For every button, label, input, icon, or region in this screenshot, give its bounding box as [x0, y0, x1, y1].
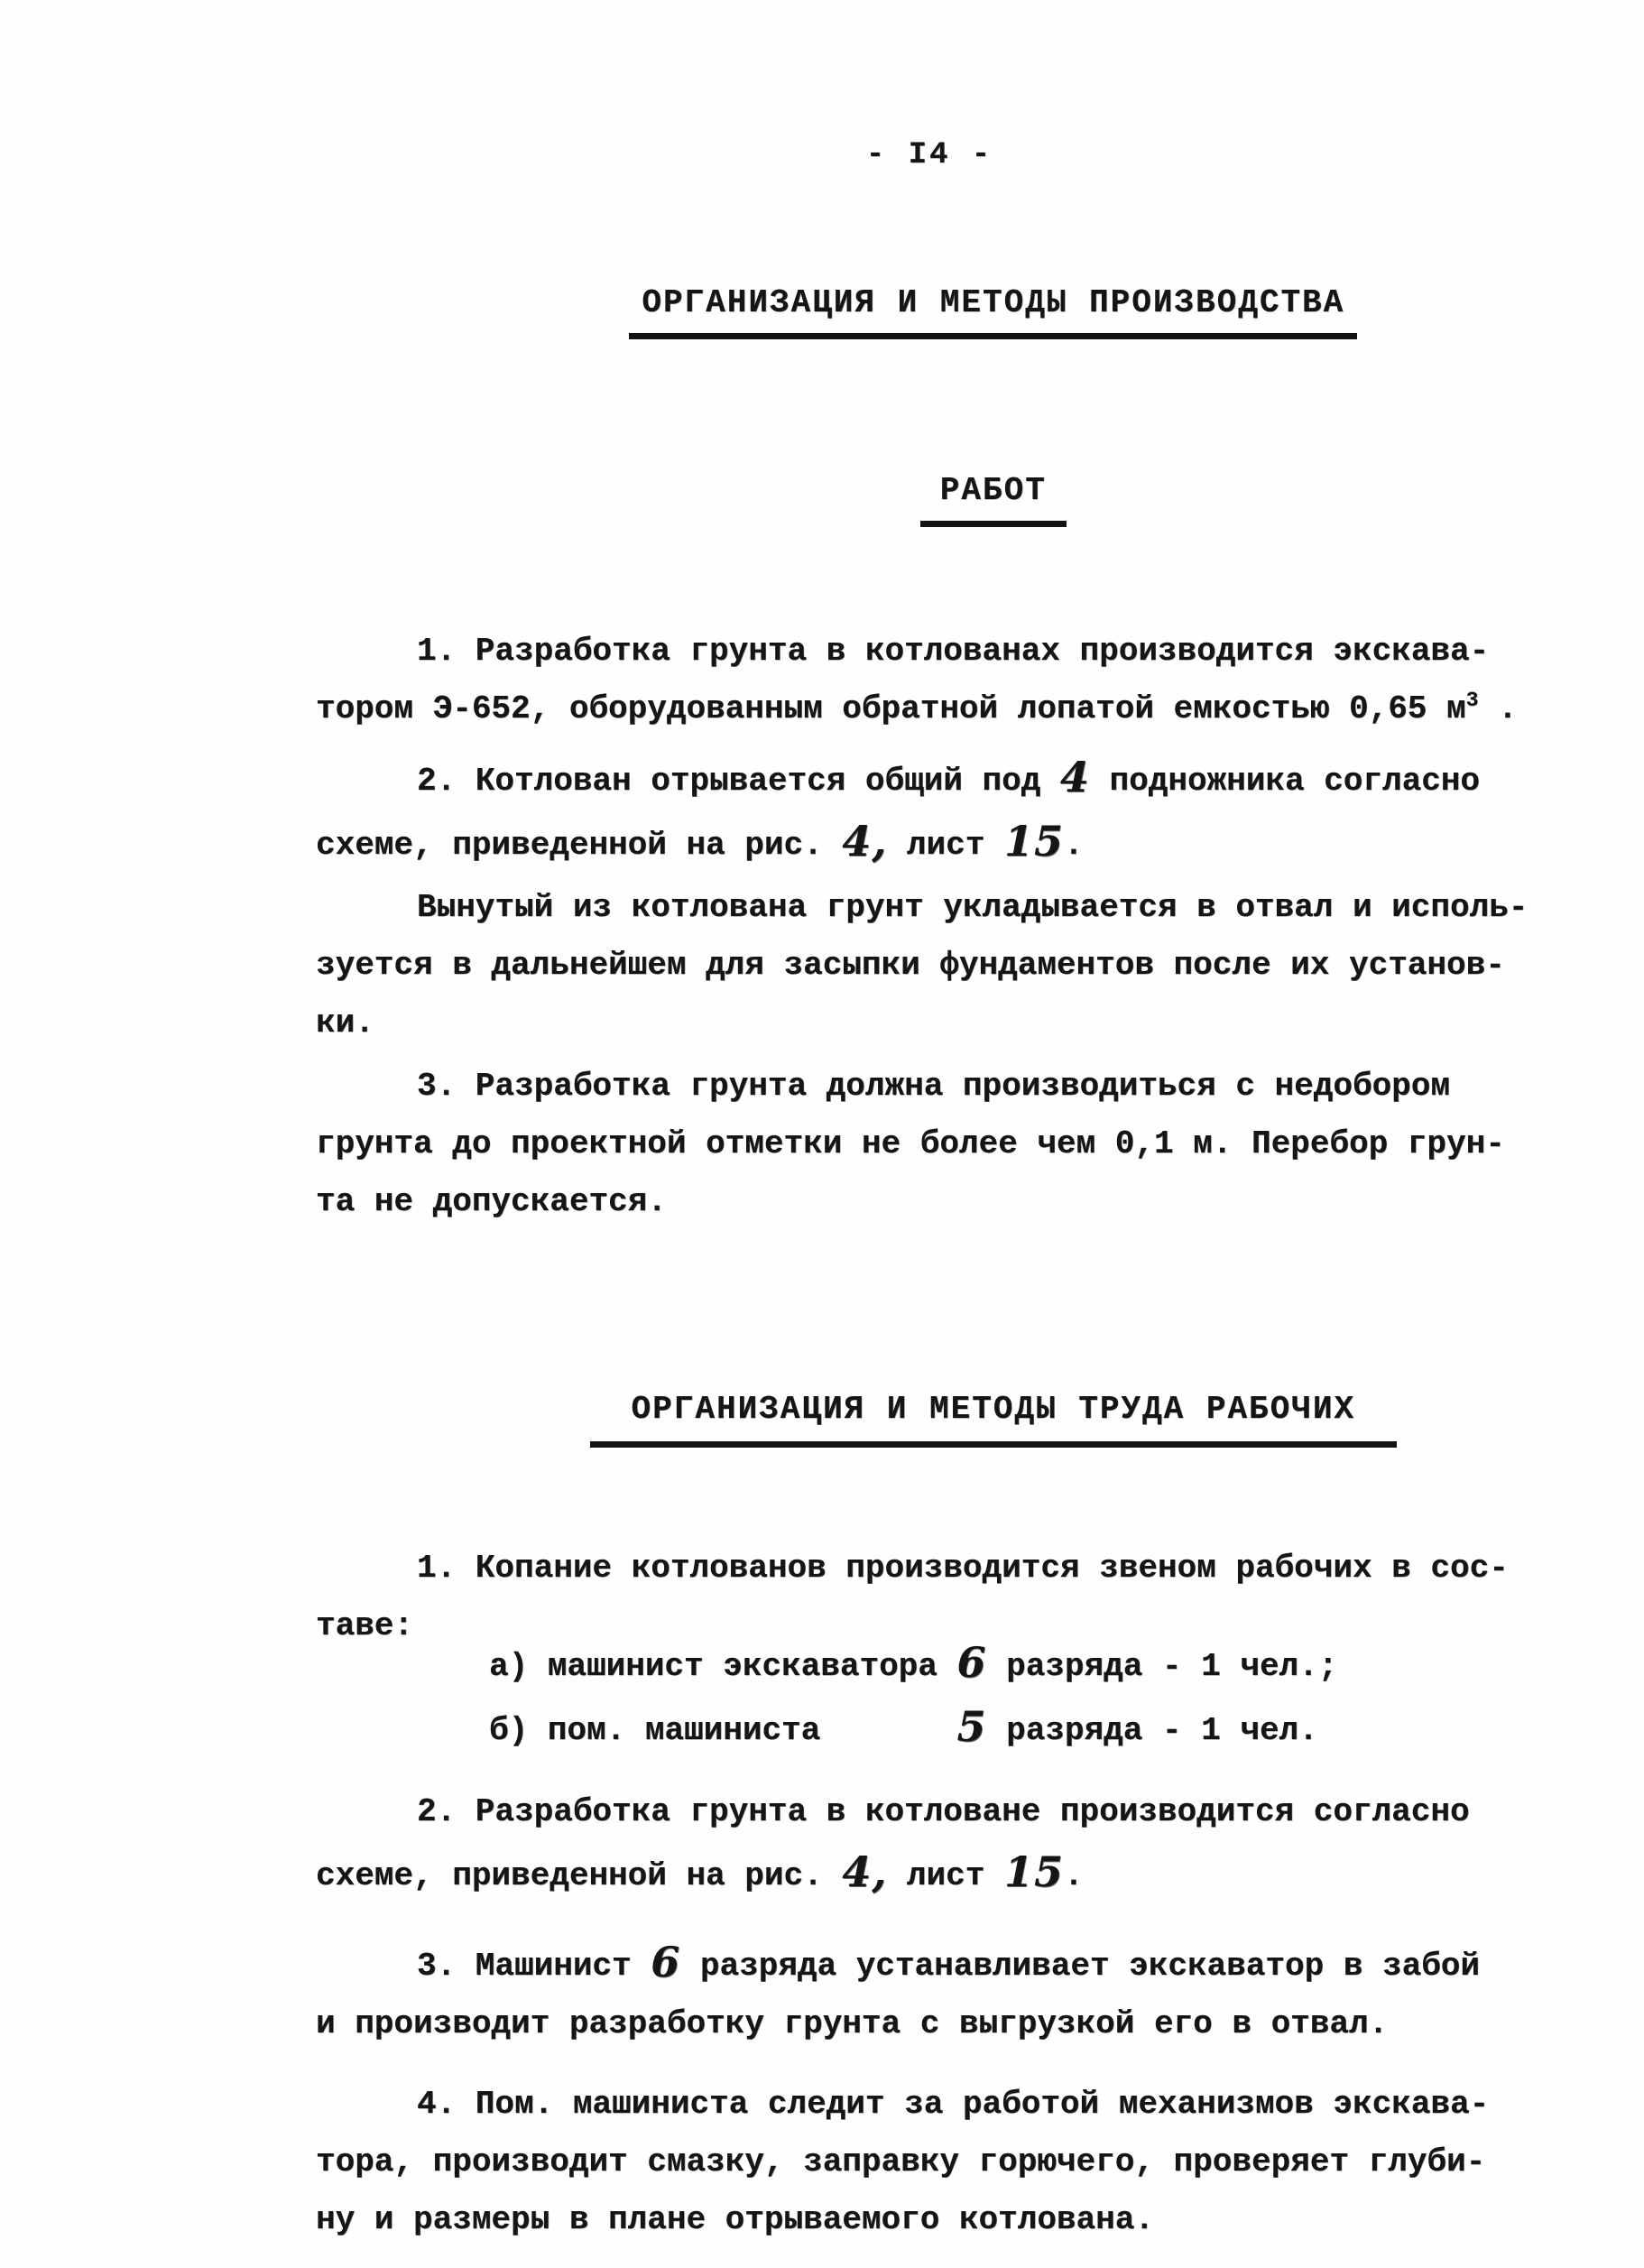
text-line: 3. Разработка грунта должна производитьс… — [316, 1058, 1543, 1115]
handwritten-number: 4, — [842, 817, 887, 866]
text-line: 2. Котлован отрывается общий под 4 подно… — [316, 746, 1543, 810]
handwritten-number: 4, — [842, 1847, 887, 1896]
typed-text: тора, производит смазку, заправку горюче… — [316, 2143, 1485, 2180]
typed-text: лист — [887, 1857, 1004, 1894]
text-line: тора, производит смазку, заправку горюче… — [316, 2134, 1543, 2191]
text-line: 4. Пом. машиниста следит за работой меха… — [316, 2076, 1543, 2134]
text-line: 3. Машинист 6 разряда устанавливает экск… — [316, 1931, 1543, 1995]
typed-text: та не допускается. — [316, 1183, 667, 1220]
paragraph: 4. Пом. машиниста следит за работой меха… — [316, 2076, 1543, 2249]
text-line: ки. — [316, 995, 1543, 1052]
text-line: а) машинист экскаватора 6 разряда - 1 че… — [316, 1632, 1543, 1696]
paragraph: 3. Разработка грунта должна производитьс… — [316, 1058, 1543, 1231]
typed-text: 1. Разработка грунта в котлованах произв… — [417, 633, 1489, 670]
text-line: тором Э-652, оборудованным обратной лопа… — [316, 680, 1543, 738]
handwritten-number: 6 — [651, 1938, 680, 1986]
typed-text: . — [1064, 1857, 1084, 1894]
typed-text: 3. Машинист — [417, 1948, 651, 1985]
typed-text: разряда - 1 чел. — [987, 1712, 1318, 1749]
paragraph: а) машинист экскаватора 6 разряда - 1 че… — [316, 1632, 1543, 1760]
text-line: и производит разработку грунта с выгрузк… — [316, 1995, 1543, 2053]
typed-text: таве: — [316, 1607, 413, 1644]
typed-text: б) пом. машиниста — [489, 1712, 956, 1749]
paragraph: 2. Котлован отрывается общий под 4 подно… — [316, 746, 1543, 875]
text-line: 1. Копание котлованов производится звено… — [316, 1540, 1543, 1597]
typed-text: разряда устанавливает экскаватор в забой — [680, 1948, 1480, 1985]
handwritten-number: 6 — [956, 1638, 986, 1687]
typed-text: зуется в дальнейшем для засыпки фундамен… — [316, 947, 1505, 984]
paragraph: 1. Разработка грунта в котлованах произв… — [316, 623, 1543, 738]
typed-text: лист — [887, 827, 1004, 864]
handwritten-number: 15 — [1004, 817, 1064, 866]
text-line: ну и размеры в плане отрываемого котлова… — [316, 2191, 1543, 2249]
text-line: схеме, приведенной на рис. 4, лист 15. — [316, 1841, 1543, 1905]
typed-text: грунта до проектной отметки не более чем… — [316, 1125, 1505, 1162]
text-line: грунта до проектной отметки не более чем… — [316, 1115, 1543, 1173]
page-number: - I4 - — [316, 126, 1543, 184]
typed-text: . — [1064, 827, 1084, 864]
document-page: - I4 - ОРГАНИЗАЦИЯ И МЕТОДЫ ПРОИЗВОДСТВА… — [0, 0, 1644, 2268]
typed-text: тором Э-652, оборудованным обратной лопа… — [316, 690, 1466, 727]
typed-text: подножника согласно — [1090, 763, 1480, 800]
text-line: 1. Разработка грунта в котлованах произв… — [316, 623, 1543, 680]
text-line: 2. Разработка грунта в котловане произво… — [316, 1783, 1543, 1841]
typed-text: 1. Копание котлованов производится звено… — [417, 1550, 1509, 1587]
section-production-methods: ОРГАНИЗАЦИЯ И МЕТОДЫ ПРОИЗВОДСТВА РАБОТ … — [0, 217, 1644, 1231]
typed-text: 2. Котлован отрывается общий под — [417, 763, 1060, 800]
section1-heading-line1: ОРГАНИЗАЦИЯ И МЕТОДЫ ПРОИЗВОДСТВА — [629, 284, 1357, 339]
typed-text: и производит разработку грунта с выгрузк… — [316, 2005, 1388, 2042]
typed-text: ну и размеры в плане отрываемого котлова… — [316, 2201, 1154, 2238]
section1-heading-row1: ОРГАНИЗАЦИЯ И МЕТОДЫ ПРОИЗВОДСТВА — [316, 217, 1543, 397]
paragraph: Вынутый из котлована грунт укладывается … — [316, 879, 1543, 1052]
section2-heading-line1: ОРГАНИЗАЦИЯ И МЕТОДЫ ТРУДА РАБОЧИХ — [590, 1391, 1398, 1448]
text-line: та не допускается. — [316, 1173, 1543, 1231]
typed-text: . — [1478, 690, 1517, 727]
section1-paragraphs: 1. Разработка грунта в котлованах произв… — [316, 623, 1543, 1231]
typed-text: 3. Разработка грунта должна производитьс… — [417, 1068, 1450, 1105]
paragraph: 3. Машинист 6 разряда устанавливает экск… — [316, 1931, 1543, 2053]
text-line: схеме, приведенной на рис. 4, лист 15. — [316, 810, 1543, 875]
superscript-digit: 3 — [1466, 689, 1479, 712]
text-line: зуется в дальнейшем для засыпки фундамен… — [316, 937, 1543, 995]
typed-text: Вынутый из котлована грунт укладывается … — [417, 889, 1528, 926]
handwritten-number: 5 — [956, 1702, 986, 1751]
section1-heading-row2: РАБОТ — [316, 404, 1543, 585]
section2-heading-row: ОРГАНИЗАЦИЯ И МЕТОДЫ ТРУДА РАБОЧИХ — [316, 1323, 1543, 1505]
paragraph: 2. Разработка грунта в котловане произво… — [316, 1783, 1543, 1905]
text-line: б) пом. машиниста 5 разряда - 1 чел. — [316, 1696, 1543, 1760]
text-line: Вынутый из котлована грунт укладывается … — [316, 879, 1543, 937]
typed-text: 4. Пом. машиниста следит за работой меха… — [417, 2086, 1489, 2123]
typed-text: а) машинист экскаватора — [489, 1648, 956, 1685]
section-labor-methods: ОРГАНИЗАЦИЯ И МЕТОДЫ ТРУДА РАБОЧИХ 1. Ко… — [0, 1323, 1644, 2249]
typed-text: 2. Разработка грунта в котловане произво… — [417, 1793, 1470, 1830]
typed-text: разряда - 1 чел.; — [987, 1648, 1338, 1685]
handwritten-number: 4 — [1060, 753, 1090, 801]
section1-heading-line2: РАБОТ — [920, 472, 1067, 527]
typed-text: ки. — [316, 1004, 374, 1041]
handwritten-number: 15 — [1004, 1847, 1064, 1896]
typed-text: схеме, приведенной на рис. — [316, 827, 842, 864]
typed-text: схеме, приведенной на рис. — [316, 1857, 842, 1894]
section2-paragraphs: 1. Копание котлованов производится звено… — [316, 1540, 1543, 2249]
